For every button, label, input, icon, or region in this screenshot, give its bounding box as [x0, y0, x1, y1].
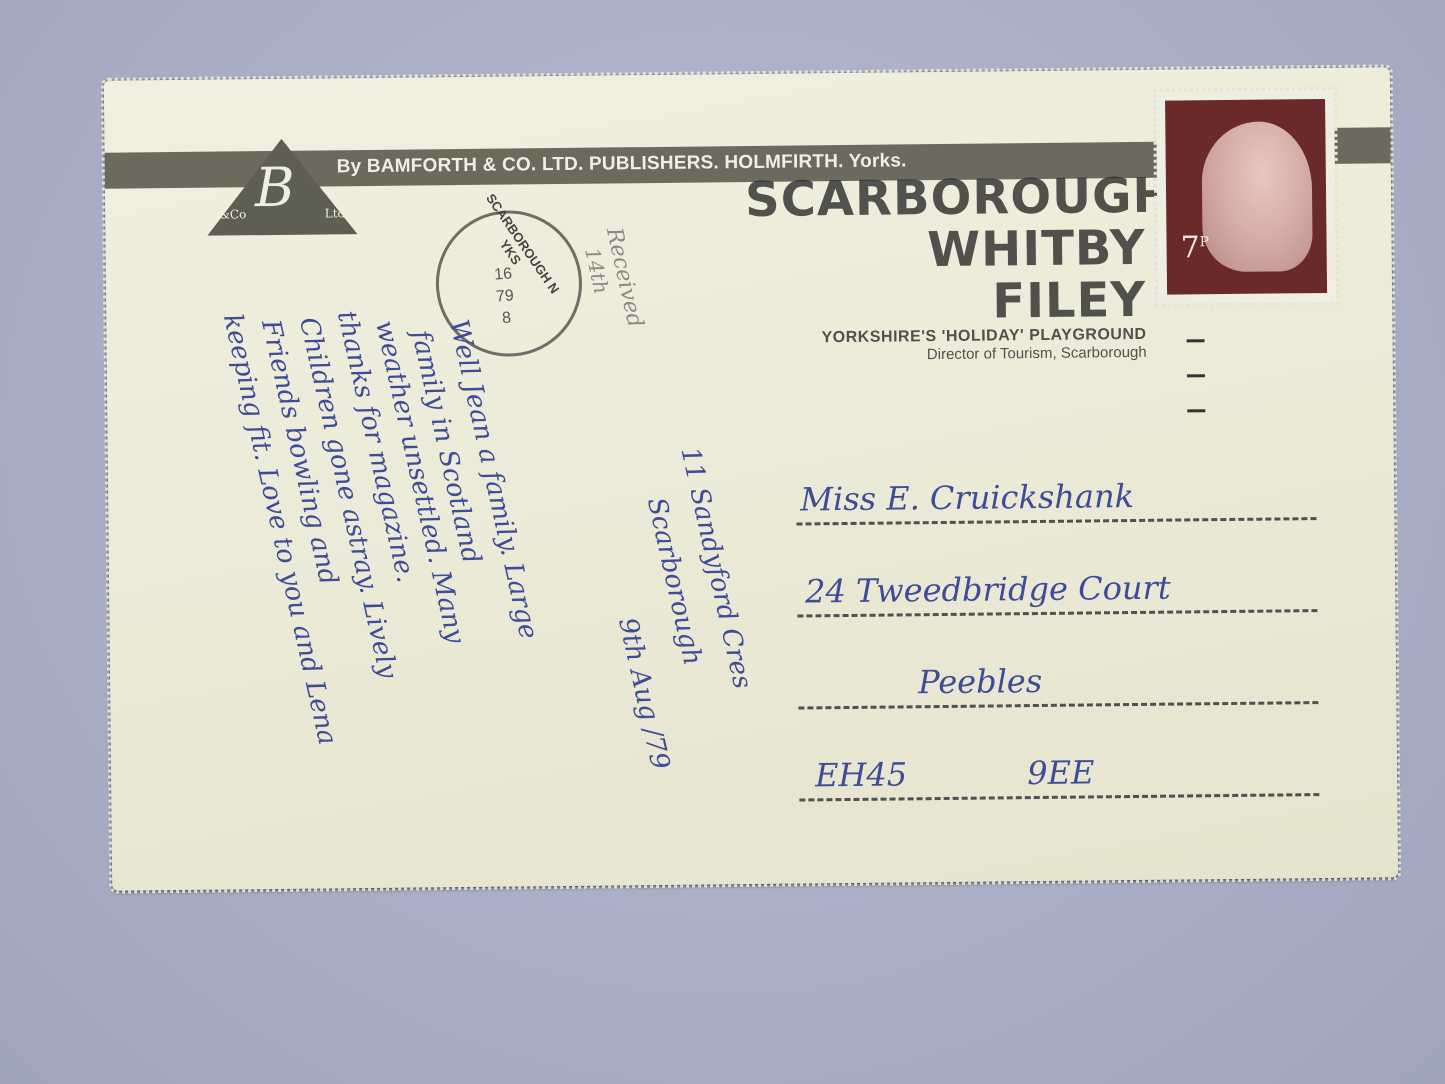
- slogan-line-1: SCARBOROUGH: [745, 170, 1146, 226]
- stamp-value: 7P: [1180, 230, 1209, 265]
- postage-stamp: 7P: [1156, 90, 1336, 304]
- slogan-line-2: WHITBY: [745, 222, 1146, 278]
- publisher-band-right: [1334, 127, 1390, 164]
- postcard: B &Co Ltd By BAMFORTH & CO. LTD. PUBLISH…: [104, 67, 1398, 890]
- address-line: Miss E. Cruickshank: [796, 428, 1317, 525]
- queen-profile-icon: [1201, 121, 1313, 272]
- handwritten-message: 11 Sandyford Cres Scarborough 9th Aug /7…: [141, 194, 747, 760]
- address-line: Peebles: [797, 612, 1318, 709]
- recipient-address: Miss E. Cruickshank 24 Tweedbridge Court…: [796, 428, 1320, 801]
- sender-date: 9th Aug /79: [612, 615, 675, 772]
- slogan-credit: Director of Tourism, Scarborough: [747, 344, 1147, 366]
- address-line: EH45 9EE: [798, 704, 1319, 801]
- address-line: 24 Tweedbridge Court: [796, 520, 1317, 617]
- stamp-face: 7P: [1165, 99, 1327, 295]
- slogan-postmark: SCARBOROUGH WHITBY FILEY YORKSHIRE'S 'HO…: [745, 170, 1147, 366]
- slogan-line-3: FILEY: [746, 274, 1147, 330]
